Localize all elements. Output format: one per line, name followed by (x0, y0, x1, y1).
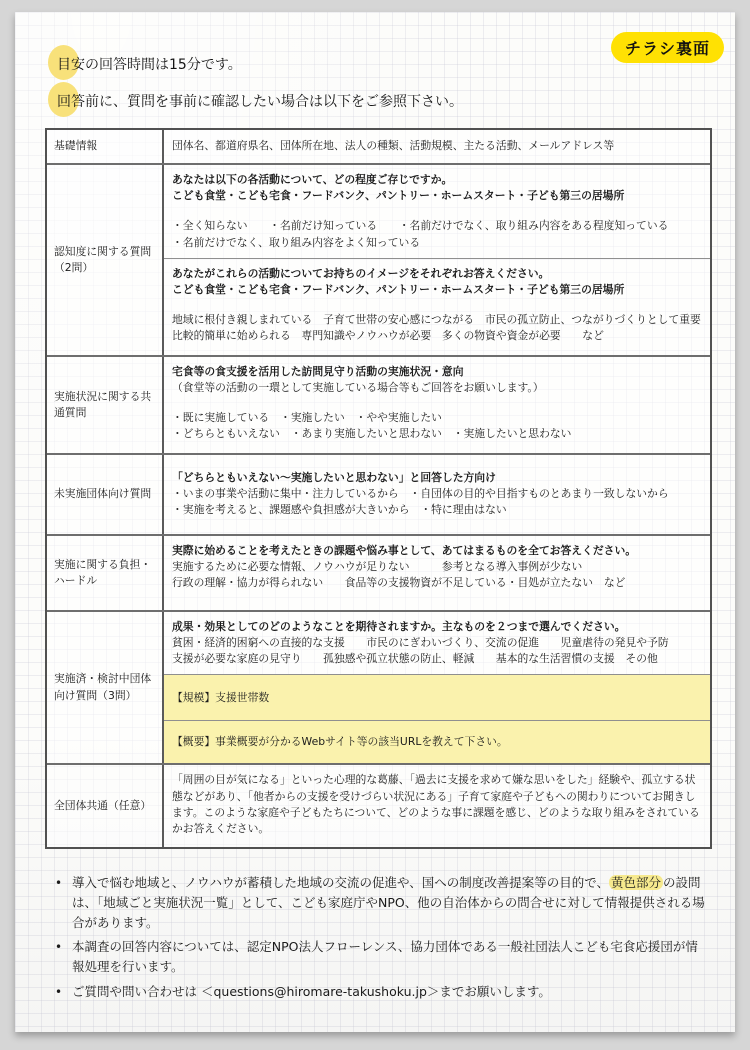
cell-line: 行政の理解・協力が得られない 食品等の支援物資が不足している・目処が立たない な… (172, 575, 702, 591)
footer-notes: • 導入で悩む地域と、ノウハウが蓄積した地域の交流の促進や、国への制度改善提案等… (55, 873, 710, 1007)
row-content: 宅食等の食支援を活用した訪問見守り活動の実施状況・意向 （食堂等の活動の一環とし… (164, 357, 710, 453)
question-cell: 団体名、都道府県名、団体所在地、法人の種類、活動規模、主たる活動、メールアドレス… (164, 130, 710, 163)
row-content: 「どちらともいえない～実施したいと思わない」と回答した方向け ・いまの事業や活動… (164, 455, 710, 534)
row-content: 「周囲の目が気になる」といった心理的な葛藤、「過去に支援を求めて嫌な思いをした」… (164, 765, 710, 847)
row-label: 実施済・検討中団体向け質問（3問） (47, 612, 164, 764)
row-label-text: 実施状況に関する共通質問 (54, 389, 155, 421)
bullet-icon: • (55, 937, 72, 977)
question-overview-table: 基礎情報 団体名、都道府県名、団体所在地、法人の種類、活動規模、主たる活動、メー… (45, 128, 712, 849)
spacer (172, 396, 702, 410)
row-label: 基礎情報 (47, 130, 164, 163)
highlighted-question-cell: 【規模】支援世帯数 (164, 674, 710, 720)
note-item: • 導入で悩む地域と、ノウハウが蓄積した地域の交流の促進や、国への制度改善提案等… (55, 873, 710, 932)
row-label: 実施に関する負担・ハードル (47, 536, 164, 610)
cell-line: 比較的簡単に始められる 専門知識やノウハウが必要 多くの物資や資金が必要 など (172, 328, 702, 344)
note-text: 導入で悩む地域と、ノウハウが蓄積した地域の交流の促進や、国への制度改善提案等の目… (72, 873, 710, 932)
cell-line: ・全く知らない ・名前だけ知っている ・名前だけでなく、取り組み内容をある程度知… (172, 218, 702, 234)
table-row: 全団体共通（任意） 「周囲の目が気になる」といった心理的な葛藤、「過去に支援を求… (47, 763, 710, 847)
row-label: 実施状況に関する共通質問 (47, 357, 164, 453)
cell-line: こども食堂・こども宅食・フードバンク、パントリー・ホームスタート・子ども第三の居… (172, 282, 702, 298)
row-content: あなたは以下の各活動について、どの程度ご存じですか。 こども食堂・こども宅食・フ… (164, 165, 710, 355)
table-row: 認知度に関する質問（2問） あなたは以下の各活動について、どの程度ご存じですか。… (47, 163, 710, 355)
highlighted-char: 目 (57, 54, 71, 74)
question-cell: あなたがこれらの活動についてお持ちのイメージをそれぞれお答えください。 こども食… (164, 258, 710, 355)
row-label-text: 未実施団体向け質問 (54, 486, 151, 502)
highlighted-question-cell: 【概要】事業概要が分かるWebサイト等の該当URLを教えて下さい。 (164, 720, 710, 763)
spacer (172, 204, 702, 218)
question-cell: あなたは以下の各活動について、どの程度ご存じですか。 こども食堂・こども宅食・フ… (164, 165, 710, 258)
row-label: 未実施団体向け質問 (47, 455, 164, 534)
intro-line-1-text: 安の回答時間は15分です。 (71, 57, 242, 73)
bullet-icon: • (55, 873, 72, 932)
flyer-back-badge: チラシ裏面 (611, 32, 724, 63)
table-row: 実施済・検討中団体向け質問（3問） 成果・効果としてのどのようなことを期待されま… (47, 610, 710, 764)
intro-line-2-text: 答前に、質問を事前に確認したい場合は以下をご参照下さい。 (71, 94, 463, 110)
paper-sheet: チラシ裏面 目安の回答時間は15分です。 回答前に、質問を事前に確認したい場合は… (15, 12, 735, 1032)
row-label: 全団体共通（任意） (47, 765, 164, 847)
row-label-text: 実施済・検討中団体向け質問（3問） (54, 671, 155, 703)
note-1-highlight: 黄色部分 (609, 875, 663, 890)
question-cell: 実際に始めることを考えたときの課題や悩み事として、あてはまるものを全てお答えくだ… (164, 536, 710, 610)
note-text: 本調査の回答内容については、認定NPO法人フローレンス、協力団体である一般社団法… (72, 937, 710, 977)
cell-line: 【規模】支援世帯数 (172, 690, 269, 706)
cell-line: ・どちらともいえない ・あまり実施したいと思わない ・実施したいと思わない (172, 426, 702, 442)
note-1-pre: 導入で悩む地域と、ノウハウが蓄積した地域の交流の促進や、国への制度改善提案等の目… (72, 875, 609, 890)
table-row: 基礎情報 団体名、都道府県名、団体所在地、法人の種類、活動規模、主たる活動、メー… (47, 130, 710, 163)
cell-line: 団体名、都道府県名、団体所在地、法人の種類、活動規模、主たる活動、メールアドレス… (172, 138, 614, 154)
cell-line: 【概要】事業概要が分かるWebサイト等の該当URLを教えて下さい。 (172, 734, 508, 750)
question-cell: 宅食等の食支援を活用した訪問見守り活動の実施状況・意向 （食堂等の活動の一環とし… (164, 357, 710, 453)
row-content: 実際に始めることを考えたときの課題や悩み事として、あてはまるものを全てお答えくだ… (164, 536, 710, 610)
question-cell: 「周囲の目が気になる」といった心理的な葛藤、「過去に支援を求めて嫌な思いをした」… (164, 765, 710, 847)
intro-line-2: 回答前に、質問を事前に確認したい場合は以下をご参照下さい。 (57, 91, 463, 111)
row-content: 団体名、都道府県名、団体所在地、法人の種類、活動規模、主たる活動、メールアドレス… (164, 130, 710, 163)
row-label-text: 全団体共通（任意） (54, 798, 151, 814)
cell-line: こども食堂・こども宅食・フードバンク、パントリー・ホームスタート・子ども第三の居… (172, 188, 702, 204)
table-row: 実施状況に関する共通質問 宅食等の食支援を活用した訪問見守り活動の実施状況・意向… (47, 355, 710, 453)
cell-line: 「周囲の目が気になる」といった心理的な葛藤、「過去に支援を求めて嫌な思いをした」… (172, 772, 702, 837)
intro-block: 目安の回答時間は15分です。 回答前に、質問を事前に確認したい場合は以下をご参照… (57, 54, 463, 128)
table-row: 実施に関する負担・ハードル 実際に始めることを考えたときの課題や悩み事として、あ… (47, 534, 710, 610)
row-label: 認知度に関する質問（2問） (47, 165, 164, 355)
question-cell: 「どちらともいえない～実施したいと思わない」と回答した方向け ・いまの事業や活動… (164, 455, 710, 534)
row-label-text: 実施に関する負担・ハードル (54, 557, 155, 589)
cell-line: 実際に始めることを考えたときの課題や悩み事として、あてはまるものを全てお答えくだ… (172, 543, 702, 559)
note-item: • 本調査の回答内容については、認定NPO法人フローレンス、協力団体である一般社… (55, 937, 710, 977)
cell-line: 地域に根付き親しまれている 子育て世帯の安心感につながる 市民の孤立防止、つなが… (172, 312, 702, 328)
note-item: • ご質問や問い合わせは ＜questions@hiromare-takusho… (55, 982, 710, 1002)
flyer-page: チラシ裏面 目安の回答時間は15分です。 回答前に、質問を事前に確認したい場合は… (0, 0, 750, 1050)
row-content: 成果・効果としてのどのようなことを期待されますか。主なものを２つまで選んでくださ… (164, 612, 710, 764)
highlighted-char: 回 (57, 91, 71, 111)
table-row: 未実施団体向け質問 「どちらともいえない～実施したいと思わない」と回答した方向け… (47, 453, 710, 534)
cell-line: ・実施を考えると、課題感や負担感が大きいから ・特に理由はない (172, 502, 669, 518)
cell-line: 成果・効果としてのどのようなことを期待されますか。主なものを２つまで選んでくださ… (172, 619, 702, 635)
note-text: ご質問や問い合わせは ＜questions@hiromare-takushoku… (72, 982, 710, 1002)
cell-line: 支援が必要な家庭の見守り 孤独感や孤立状態の防止、軽減 基本的な生活習慣の支援 … (172, 651, 702, 667)
cell-line: ・いまの事業や活動に集中・注力しているから ・自団体の目的や目指すものとあまり一… (172, 486, 669, 502)
cell-line: ・既に実施している ・実施したい ・やや実施したい (172, 410, 702, 426)
question-cell: 成果・効果としてのどのようなことを期待されますか。主なものを２つまで選んでくださ… (164, 612, 710, 675)
cell-line: あなたがこれらの活動についてお持ちのイメージをそれぞれお答えください。 (172, 266, 702, 282)
cell-line: 宅食等の食支援を活用した訪問見守り活動の実施状況・意向 (172, 364, 702, 380)
intro-line-1: 目安の回答時間は15分です。 (57, 54, 463, 74)
spacer (172, 298, 702, 312)
cell-line: あなたは以下の各活動について、どの程度ご存じですか。 (172, 172, 702, 188)
cell-line: 実施するために必要な情報、ノウハウが足りない 参考となる導入事例が少ない (172, 559, 702, 575)
row-label-text: 認知度に関する質問（2問） (54, 244, 155, 276)
cell-line: 貧困・経済的困窮への直接的な支援 市民のにぎわいづくり、交流の促進 児童虐待の発… (172, 635, 702, 651)
row-label-text: 基礎情報 (54, 138, 97, 154)
cell-line: ・名前だけでなく、取り組み内容をよく知っている (172, 235, 702, 251)
bullet-icon: • (55, 982, 72, 1002)
cell-line: （食堂等の活動の一環として実施している場合等もご回答をお願いします。） (172, 380, 702, 396)
cell-line: 「どちらともいえない～実施したいと思わない」と回答した方向け (172, 470, 669, 486)
